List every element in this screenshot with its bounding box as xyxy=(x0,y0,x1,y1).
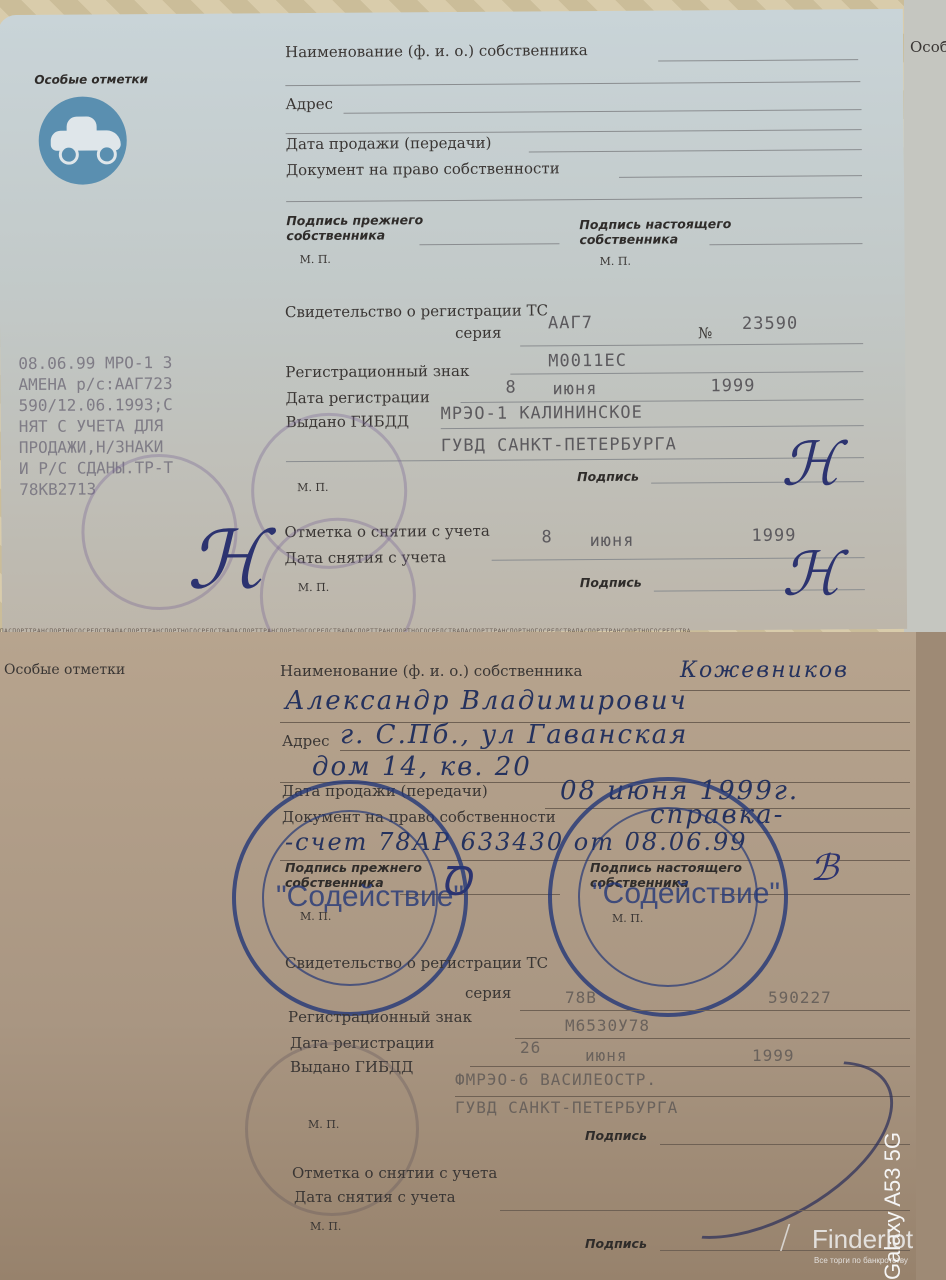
signature-label-2: Подпись xyxy=(580,575,642,590)
prev-owner-signature-label: Подпись прежнего собственника xyxy=(286,212,436,243)
company-stamp-1: "Содействие" xyxy=(232,780,468,1016)
special-marks-label-2: Особые отметки xyxy=(4,662,125,678)
owner-surname-handwritten: Кожевников xyxy=(680,658,849,683)
reg-plate-value-2: М6530У78 xyxy=(565,1016,650,1035)
address-handwritten-2: дом 14, кв. 20 xyxy=(312,752,532,782)
car-icon xyxy=(38,96,127,185)
handwritten-signature-1: ℋ xyxy=(781,429,841,499)
reg-cert-label: Свидетельство о регистрации ТС xyxy=(285,301,548,321)
series-value-2: 78В xyxy=(565,988,597,1007)
handwritten-signature-2: ℋ xyxy=(782,539,842,609)
watermark-tagline: Все торги по банкротству xyxy=(814,1256,908,1265)
owner-name-label-2: Наименование (ф. и. о.) собственника xyxy=(280,662,583,680)
owner-name-handwritten: Александр Владимирович xyxy=(285,686,688,716)
reg-date-day-2: 26 xyxy=(520,1038,541,1057)
series-label: серия xyxy=(455,324,501,342)
issued-line-1-2: ФМРЭО-6 ВАСИЛЕОСТР. xyxy=(455,1070,657,1089)
company-stamp-2: "Содействие" xyxy=(548,777,788,1017)
reg-date-year-2: 1999 xyxy=(752,1046,795,1065)
dereg-date-day: 8 xyxy=(541,527,552,547)
curr-owner-handwritten-signature: ℬ xyxy=(810,848,838,889)
signature-label-4: Подпись xyxy=(585,1236,647,1251)
number-label: № xyxy=(698,324,712,342)
reg-date-year: 1999 xyxy=(710,376,755,396)
issued-line-1: МРЭО-1 КАЛИНИНСКОЕ xyxy=(441,403,643,424)
address-label-2: Адрес xyxy=(282,732,329,750)
stamp-place-1: М. П. xyxy=(300,253,331,266)
signature-label-3: Подпись xyxy=(585,1128,647,1143)
reg-plate-label: Регистрационный знак xyxy=(285,362,469,381)
current-owner-signature-label: Подпись настоящего собственника xyxy=(579,216,769,247)
issued-line-2: ГУВД САНКТ-ПЕТЕРБУРГА xyxy=(441,434,677,456)
series-label-2: серия xyxy=(465,984,511,1002)
deregistration-label-2: Отметка о снятии с учета xyxy=(292,1164,497,1182)
handwritten-signature-3: ℋ xyxy=(186,513,266,607)
issued-line-2-2: ГУВД САНКТ-ПЕТЕРБУРГА xyxy=(455,1098,678,1117)
reg-cert-label-2: Свидетельство о регистрации ТС xyxy=(285,954,548,972)
reg-date-month-2: июня xyxy=(585,1046,628,1065)
number-value: 23590 xyxy=(742,314,798,334)
ownership-doc-label: Документ на право собственности xyxy=(286,159,560,179)
bottom-page: Особые отметки Наименование (ф. и. о.) с… xyxy=(0,632,925,1280)
stamp-place-8: М. П. xyxy=(310,1220,341,1233)
top-page: Особые отметки Наименование (ф. и. о.) с… xyxy=(0,9,907,635)
reg-date-day: 8 xyxy=(505,378,516,398)
signature-label-1: Подпись xyxy=(577,469,639,484)
watermark-logo-icon: ⧸ xyxy=(780,1222,790,1256)
reg-date-month: июня xyxy=(552,379,597,399)
stamp-place-2: М. П. xyxy=(600,255,631,268)
number-value-2: 590227 xyxy=(768,988,832,1007)
special-marks-label: Особые отметки xyxy=(34,72,148,87)
address-label: Адрес xyxy=(285,95,333,113)
dereg-date-label-2: Дата снятия с учета xyxy=(294,1188,456,1206)
watermark-brand: Finderlot xyxy=(812,1224,913,1255)
sale-date-label: Дата продажи (передачи) xyxy=(286,134,492,153)
address-handwritten-1: г. С.Пб., ул Гаванская xyxy=(340,720,688,750)
adjacent-page-edge-2 xyxy=(916,632,946,1280)
reg-plate-label-2: Регистрационный знак xyxy=(288,1008,472,1026)
reg-date-label: Дата регистрации xyxy=(285,388,429,407)
dereg-date-month: июня xyxy=(589,531,634,551)
adjacent-page-label: Особ xyxy=(910,38,946,56)
owner-name-label: Наименование (ф. и. о.) собственника xyxy=(285,41,588,61)
reg-plate-value: М0011ЕС xyxy=(548,351,627,372)
series-value: ААГ7 xyxy=(548,313,593,333)
